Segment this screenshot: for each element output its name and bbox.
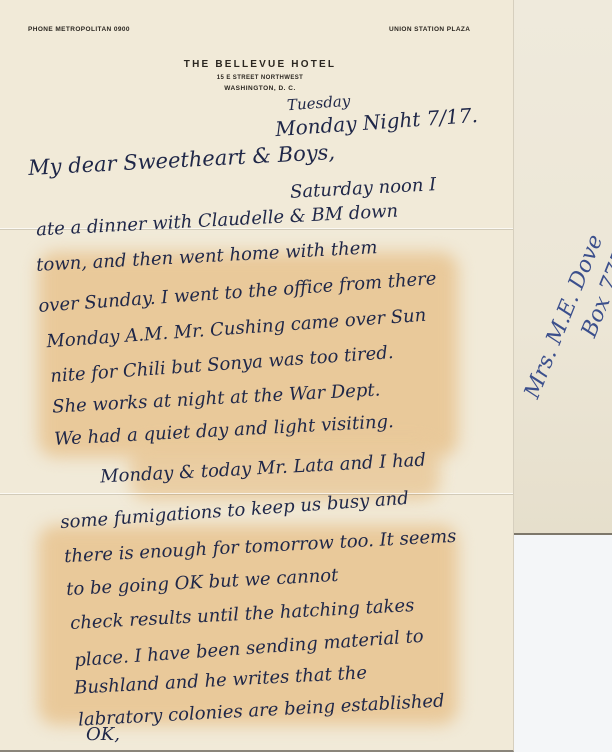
date-correction: Tuesday — [286, 92, 350, 114]
letter-page: Phone METropolitan 0900 Union Station Pl… — [0, 0, 514, 752]
hotel-name: THE BELLEVUE HOTEL — [160, 59, 360, 70]
letter-line: OK, — [86, 724, 120, 745]
fold-line — [0, 493, 513, 494]
salutation: My dear Sweetheart & Boys, — [28, 140, 336, 180]
letterhead: THE BELLEVUE HOTEL 15 E STREET NORTHWEST… — [160, 59, 360, 92]
hotel-city: WASHINGTON, D. C. — [160, 85, 360, 92]
letterhead-phone: Phone METropolitan 0900 — [28, 26, 130, 33]
letterhead-location: Union Station Plaza — [389, 26, 470, 33]
hotel-street: 15 E STREET NORTHWEST — [160, 75, 360, 81]
letter-line: Saturday noon I — [290, 174, 437, 203]
letter-line: ate a dinner with Claudelle & BM down — [36, 201, 399, 241]
